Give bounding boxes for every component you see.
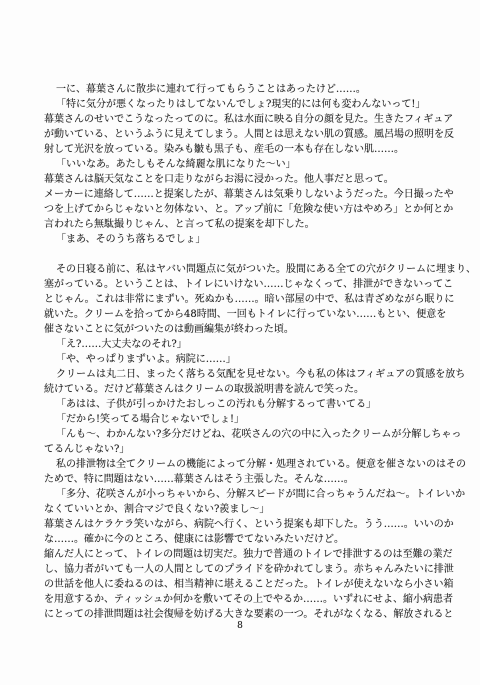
text-line: 続けている。だけど幕葉さんはクリームの取扱説明書を読んで笑った。 — [44, 382, 444, 397]
text-line: な……。確かに今のところ、健康には影響でてないみたいだけど。 — [44, 532, 444, 547]
text-line: 塞がっている。ということは、トイレにいけない……じゃなくって、排泄ができないって… — [44, 277, 444, 292]
text-line: なくていいとか、割合マジで良くない?羨まし～」 — [44, 502, 444, 517]
text-line: 「んも～、わかんない?多分だけどね、花咲さんの穴の中に入ったクリームが分解しちゃ… — [44, 427, 444, 442]
text-line: クリームは丸二日、まったく落ちる気配を見せない。今も私の体はフィギュアの質感を放… — [44, 367, 444, 382]
text-line: 「や、やっぱりまずいよ。病院に……」 — [44, 352, 444, 367]
text-line: が動いている、というふうに見えてしまう。人間とは思えない肌の質感。風呂場の照明を… — [44, 127, 444, 142]
text-line: 「だから!笑ってる場合じゃないでしょ!」 — [44, 412, 444, 427]
text-line: 就いた。クリームを拾ってから48時間、一回もトイレに行っていない……もとい、便意… — [44, 307, 444, 322]
text-line: 幕葉さんのせいでこうなったってのに。私は水面に映る自分の顔を見た。生きたフィギュ… — [44, 112, 444, 127]
text-block: 一に、幕葉さんに散歩に連れて行ってもらうことはあったけど……。「特に気分が悪くな… — [44, 82, 444, 622]
text-line: 言われたら無駄撮りじゃん、と言って私の提案を却下した。 — [44, 217, 444, 232]
document-page: 一に、幕葉さんに散歩に連れて行ってもらうことはあったけど……。「特に気分が悪くな… — [0, 0, 480, 685]
text-line: とじゃん。これは非常にまずい。死ぬかも……。暗い部屋の中で、私は青ざめながら眠り… — [44, 292, 444, 307]
text-line: メーカーに連絡して……と提案したが、幕葉さんは気乗りしないようだった。今日撮った… — [44, 187, 444, 202]
text-line: てるんじゃない?」 — [44, 442, 444, 457]
text-line: 「まあ、そのうち落ちるでしょ」 — [44, 232, 444, 247]
text-line: 「あはは、子供が引っかけたおしっこの汚れも分解するって書いてる」 — [44, 397, 444, 412]
page-number: 8 — [0, 620, 480, 632]
text-line: の世話を他人に委ねるのは、相当精神に堪えることだった。トイレが使えないなら小さい… — [44, 577, 444, 592]
text-line: 催さないことに気がついたのは動画編集が終わった頃。 — [44, 322, 444, 337]
text-line: 射して光沢を放っている。染みも皺も黒子も、産毛の一本も存在しない肌……。 — [44, 142, 444, 157]
text-line: ためで、特に問題はない……幕葉さんはそう主張した。そんな……。 — [44, 472, 444, 487]
text-line: 一に、幕葉さんに散歩に連れて行ってもらうことはあったけど……。 — [44, 82, 444, 97]
text-line: 「多分、花咲さんが小っちゃいから、分解スピードが間に合っちゃうんだね～。トイレい… — [44, 487, 444, 502]
text-line: 「え?……大丈夫なのそれ?」 — [44, 337, 444, 352]
text-line: その日寝る前に、私はヤバい問題点に気がついた。股間にある全ての穴がクリームに埋ま… — [44, 262, 444, 277]
text-line: 私の排泄物は全てクリームの機能によって分解・処理されている。便意を催さないのはそ… — [44, 457, 444, 472]
text-line: 幕葉さんは脳天気なことを口走りながらお湯に浸かった。他人事だと思って。 — [44, 172, 444, 187]
text-line: つを上げてからじゃないと勿体ない、と。アップ前に「危険な使い方はやめろ」とか何と… — [44, 202, 444, 217]
text-line: 「特に気分が悪くなったりはしてないんでしょ?現実的には何も変わんないって!」 — [44, 97, 444, 112]
text-line: し、協力者がいても一人の人間としてのプライドを砕かれてしまう。赤ちゃんみたいに排… — [44, 562, 444, 577]
text-line: 幕葉さんはケラケラ笑いながら、病院へ行く、という提案も却下した。うう……。いいの… — [44, 517, 444, 532]
text-line: 「いいなあ。あたしもそんな綺麗な肌になりた～い」 — [44, 157, 444, 172]
text-line: を用意するか、ティッシュか何かを敷いてその上でやるか……。いずれにせよ、縮小病患… — [44, 592, 444, 607]
text-line: 縮んだ人にとって、トイレの問題は切実だ。独力で普通のトイレで排泄するのは至難の業… — [44, 547, 444, 562]
